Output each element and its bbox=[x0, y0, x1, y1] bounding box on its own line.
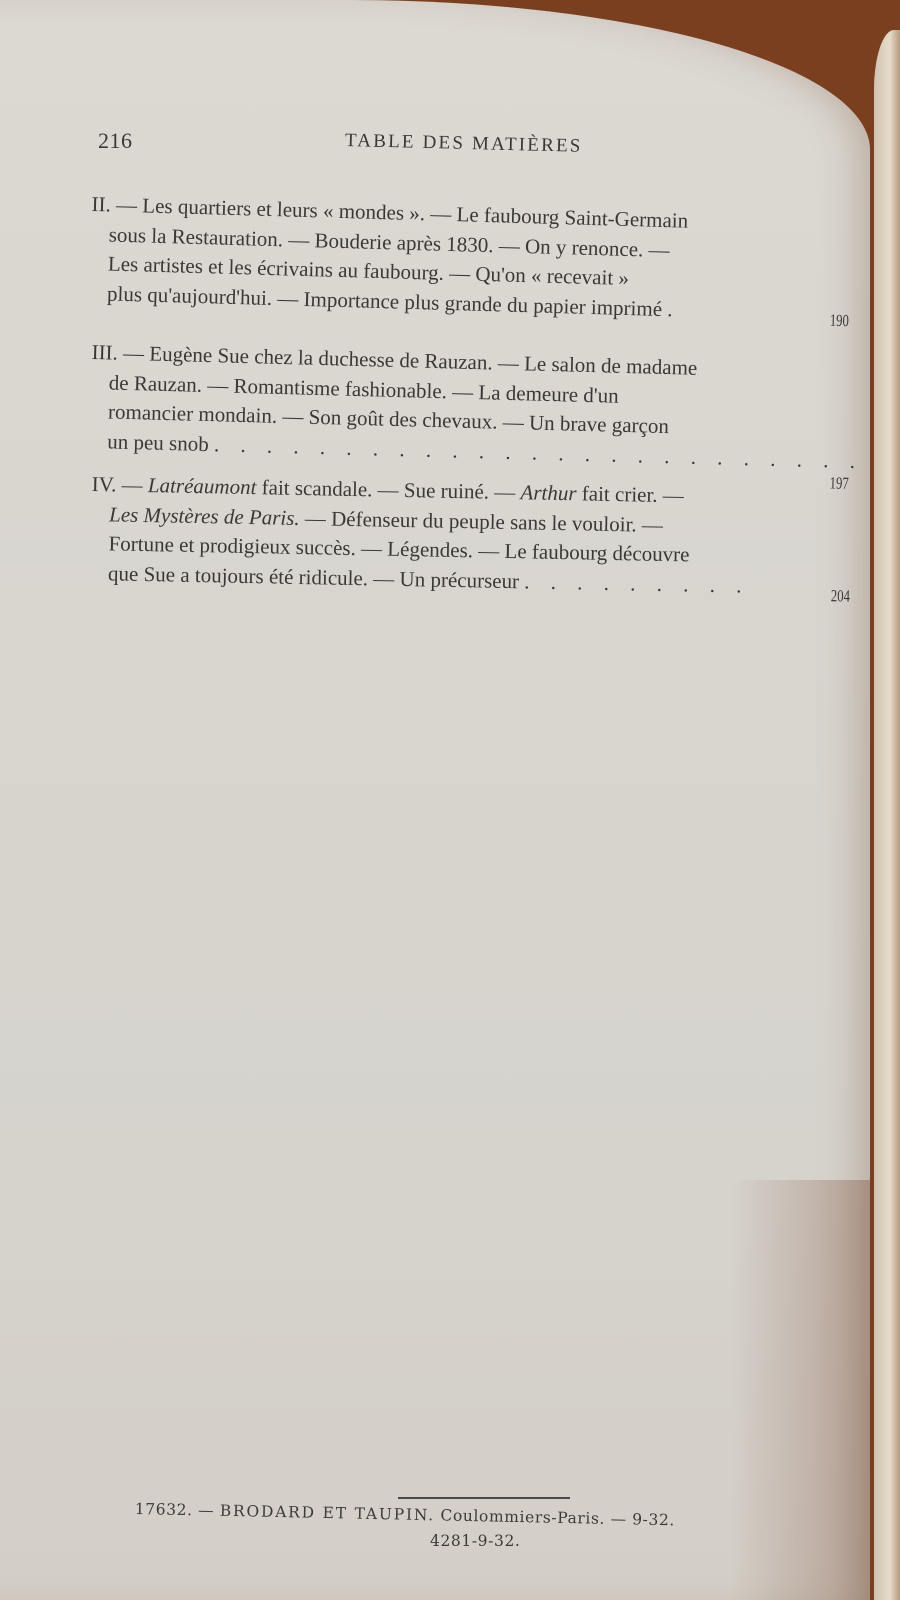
photo-scene: 216 TABLE DES MATIÈRES II. — Les quartie… bbox=[0, 0, 900, 1600]
toc-page-number: 190 bbox=[829, 305, 849, 335]
running-head: TABLE DES MATIÈRES bbox=[345, 130, 583, 158]
chapter-numeral: IV. bbox=[92, 472, 117, 496]
dot-leader: . . . . . . . . . bbox=[524, 569, 750, 597]
chapter-numeral: II. bbox=[91, 192, 111, 217]
italic-title: Les Mystères de Paris. bbox=[109, 502, 300, 530]
printer-imprint: 17632. — BRODARD ET TAUPIN. Coulommiers-… bbox=[135, 1500, 676, 1529]
toc-page-number: 197 bbox=[829, 468, 849, 498]
toc-page-number: 204 bbox=[830, 581, 850, 611]
toc-entry-iii: III. — Eugène Sue chez la duchesse de Ra… bbox=[89, 338, 827, 475]
imprint-code: 4281-9-32. bbox=[430, 1532, 520, 1550]
toc-entry-ii: II. — Les quartiers et leurs « mondes ».… bbox=[89, 190, 827, 328]
italic-title: Arthur bbox=[520, 480, 576, 505]
page-shadow bbox=[730, 1180, 870, 1600]
imprint-rule bbox=[398, 1497, 570, 1499]
chapter-numeral: III. bbox=[91, 340, 118, 365]
italic-title: Latréaumont bbox=[148, 473, 257, 499]
toc-entry-iv: IV. — Latréaumont fait scandale. — Sue r… bbox=[90, 470, 827, 602]
next-page-edge bbox=[874, 30, 900, 1600]
book-page: 216 TABLE DES MATIÈRES II. — Les quartie… bbox=[0, 0, 870, 1600]
page-number: 216 bbox=[98, 128, 133, 154]
